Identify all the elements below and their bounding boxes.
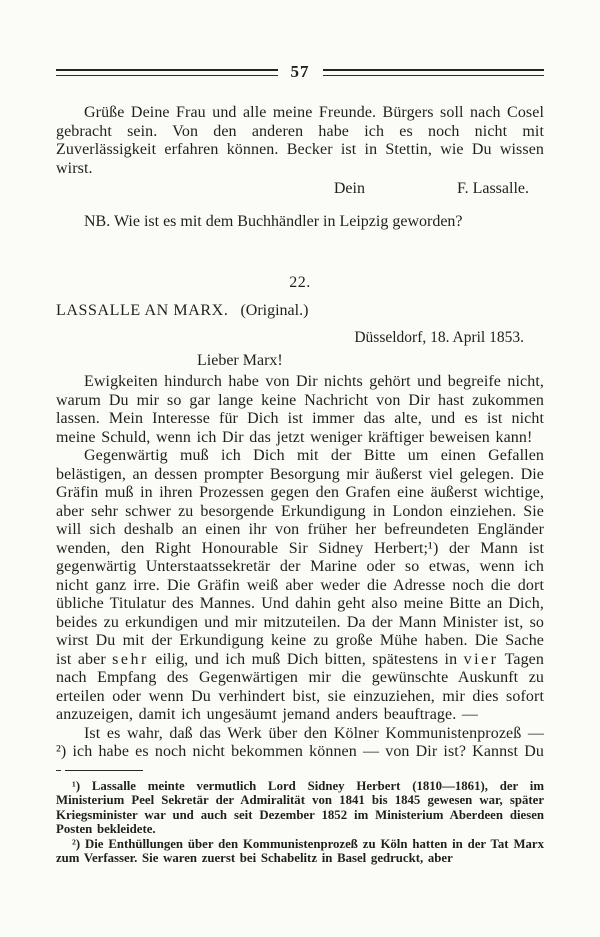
header-rule-right: [323, 69, 545, 76]
separator-dash: [56, 770, 61, 771]
letter-heading-title: LASSALLE AN MARX.: [56, 301, 228, 320]
letter-paragraph: Ist es wahr, daß das Werk über den Kölne…: [56, 725, 544, 762]
separator-rule: [65, 770, 143, 771]
footnote-1: ¹) Lassalle meinte vermutlich Lord Sidne…: [56, 779, 544, 837]
signature-row: Dein F. Lassalle.: [56, 179, 544, 198]
letter-heading-note: (Original.): [240, 301, 308, 320]
dateline: Düsseldorf, 18. April 1853.: [56, 328, 544, 347]
letter-paragraph: Gegenwärtig muß ich Dich mit der Bitte u…: [56, 447, 544, 725]
letter-number: 22.: [56, 273, 544, 292]
letter-heading: LASSALLE AN MARX. (Original.): [56, 301, 544, 320]
salutation: Lieber Marx!: [197, 351, 544, 370]
postscript: NB. Wie ist es mit dem Buchhändler in Le…: [56, 212, 544, 231]
footnote-2: ²) Die Enthüllungen über den Kommunisten…: [56, 837, 544, 866]
page-number: 57: [291, 62, 310, 82]
header-rule-left: [56, 69, 278, 76]
running-head: 57: [56, 62, 544, 82]
footnote-separator: [56, 769, 544, 772]
letter-body: Ewigkeiten hindurch habe von Dir nichts …: [56, 373, 544, 762]
book-page: 57 Grüße Deine Frau und alle meine Freun…: [0, 0, 600, 937]
valediction: Dein: [334, 179, 365, 198]
letter-paragraph: Ewigkeiten hindurch habe von Dir nichts …: [56, 373, 544, 447]
prev-letter-paragraph: Grüße Deine Frau und alle meine Freunde.…: [56, 104, 544, 178]
footnotes: ¹) Lassalle meinte vermutlich Lord Sidne…: [56, 779, 544, 867]
signature-name: F. Lassalle.: [457, 179, 529, 198]
